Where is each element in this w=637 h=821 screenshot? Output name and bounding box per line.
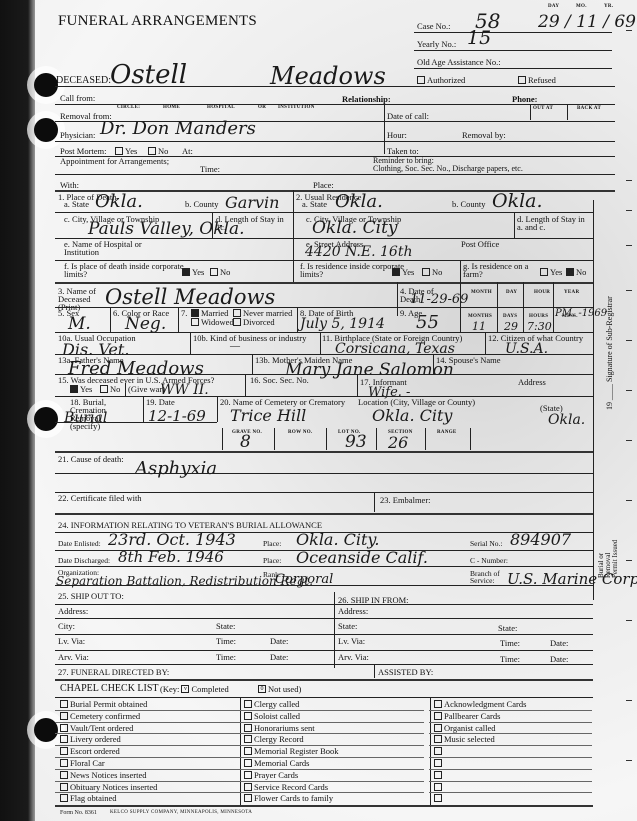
checkbox-icon[interactable]	[434, 747, 442, 755]
checklist-key: (Key: vCompleted	[160, 685, 229, 694]
punch-hole	[34, 407, 58, 431]
checklist-item-label: Honorariums sent	[254, 723, 315, 733]
checklist-item-label: Prayer Cards	[254, 770, 298, 780]
physician-value[interactable]: Dr. Don Manders	[100, 118, 256, 139]
marital-widowed[interactable]: Widowed	[191, 318, 234, 327]
checkbox-icon[interactable]	[60, 712, 68, 720]
serial-value[interactable]: 894907	[510, 530, 571, 549]
age-value[interactable]: 55	[416, 312, 439, 333]
checklist-col3-item[interactable]: Organist called	[434, 723, 496, 733]
checkbox-icon[interactable]	[60, 700, 68, 708]
checklist-col3-item[interactable]	[434, 746, 444, 756]
certificate-label: 22. Certificate filed with	[58, 494, 142, 502]
armed-forces-no[interactable]: No	[100, 385, 120, 394]
checklist-col2-item[interactable]: Soloist called	[244, 711, 300, 721]
checkbox-icon[interactable]	[244, 700, 252, 708]
cause-value[interactable]: Asphyxia	[135, 458, 217, 479]
embalmer-label: 23. Embalmer:	[380, 496, 431, 505]
checkbox-icon[interactable]	[434, 724, 442, 732]
enlisted-value[interactable]: 23rd. Oct. 1943	[108, 530, 236, 549]
back-at-label: BACK AT	[577, 106, 601, 111]
death-col-hour: HOUR	[534, 290, 550, 295]
age-mins[interactable]: PM. -1969	[555, 308, 607, 319]
checklist-item-label: Organist called	[444, 723, 496, 733]
checklist-col2-item[interactable]: Memorial Cards	[244, 758, 309, 768]
hour-label: Hour:	[387, 131, 407, 140]
checkbox-icon[interactable]	[60, 794, 68, 802]
checklist-col1-item[interactable]: News Notices inserted	[60, 770, 146, 780]
serial-label: Serial No.:	[470, 539, 503, 548]
branch-label: Branch of Service:	[470, 570, 510, 584]
with-label: With:	[60, 181, 79, 190]
enlisted-place-value[interactable]: Okla. City.	[296, 530, 379, 549]
veteran-heading: 24. INFORMATION RELATING TO VETERAN'S BU…	[58, 521, 322, 530]
call-from-label: Call from:	[60, 94, 95, 103]
ship-out-arv-time: Time:	[216, 653, 236, 662]
checklist-col1-item[interactable]: Flag obtained	[60, 793, 117, 803]
checkbox-icon[interactable]	[60, 747, 68, 755]
checklist-col3-item[interactable]	[434, 770, 444, 780]
enlisted-label: Date Enlisted:	[58, 539, 101, 548]
deceased-label: DECEASED:	[56, 76, 111, 85]
checklist-item-label: Memorial Cards	[254, 758, 309, 768]
checklist-col3-item[interactable]: Music selected	[434, 734, 495, 744]
length-stay-label: d. Length of Stay in 1c.	[216, 215, 286, 231]
form-title: FUNERAL ARRANGEMENTS	[58, 13, 257, 30]
checkbox-icon[interactable]	[434, 794, 442, 802]
ship-in-state-label: State:	[498, 624, 517, 633]
res-state-label: a. State	[302, 200, 327, 209]
death-limits-label: f. Is place of death inside corporate li…	[64, 262, 184, 278]
death-col-day: DAY	[506, 290, 517, 295]
checklist-col2-item[interactable]: Honorariums sent	[244, 723, 315, 733]
removal-by-label: Removal by:	[462, 131, 506, 140]
checklist-col3-item[interactable]	[434, 782, 444, 792]
checklist-col3-item[interactable]	[434, 793, 444, 803]
form-number: Form No. 8361	[60, 810, 97, 816]
checkbox-icon[interactable]	[244, 794, 252, 802]
death-limits-no[interactable]: No	[210, 268, 230, 277]
institution-option[interactable]: INSTITUTION	[278, 105, 315, 110]
farm-no[interactable]: No	[566, 268, 586, 277]
permit-issued-label: Burial or Removal Permit Issued	[598, 538, 619, 578]
yearly-no-value[interactable]: 15	[467, 27, 491, 49]
reminder-label: Reminder to bring:Clothing, Soc. Sec. No…	[373, 157, 523, 173]
checklist-item-label: Clergy called	[254, 699, 299, 709]
row-no-label: ROW NO.	[288, 430, 313, 435]
post-mortem-label: Post Mortem:	[60, 147, 107, 156]
ship-out-heading: 25. SHIP OUT TO:	[58, 592, 124, 601]
circle-label: CIRCLE:	[117, 105, 140, 110]
checkbox-icon[interactable]	[244, 771, 252, 779]
res-limits-yes[interactable]: Yes	[392, 268, 414, 277]
directed-by-label: 27. FUNERAL DIRECTED BY:	[58, 668, 169, 677]
discharged-label: Date Discharged:	[58, 556, 110, 565]
ship-out-arv-date: Date:	[270, 653, 288, 662]
ship-in-arv-via-label: Arv. Via:	[338, 653, 369, 662]
yearly-no-label: Yearly No.:	[417, 40, 456, 49]
checklist-col3-item[interactable]	[434, 758, 444, 768]
dob-value[interactable]: July 5, 1914	[300, 316, 385, 332]
post-mortem-no[interactable]: No	[148, 147, 168, 156]
res-city-value[interactable]: Okla. City	[312, 218, 398, 238]
checklist-col2-item[interactable]: Memorial Register Book	[244, 746, 339, 756]
business-value[interactable]: —	[230, 341, 240, 352]
checklist-col1-item[interactable]: Escort ordered	[60, 746, 120, 756]
discharged-place-label: Place:	[263, 556, 281, 565]
date-of-call-label: Date of call:	[387, 112, 429, 121]
section-value[interactable]: 26	[388, 433, 408, 452]
punch-hole	[34, 73, 58, 97]
at-label: At:	[182, 147, 193, 156]
checkbox-icon[interactable]	[244, 712, 252, 720]
ship-out-address-label: Address:	[58, 607, 88, 616]
sex-value[interactable]: M.	[68, 314, 91, 334]
checkbox-icon[interactable]	[434, 700, 442, 708]
form-company: KELCO SUPPLY COMPANY, MINNEAPOLIS, MINNE…	[110, 810, 252, 815]
appointment-label: Appointment for Arrangements;	[60, 157, 169, 166]
out-at-label: OUT AT	[533, 106, 553, 111]
checklist-item-label: News Notices inserted	[70, 770, 146, 780]
authorized-checkbox[interactable]: Authorized	[417, 76, 465, 85]
checklist-item-label: Soloist called	[254, 711, 300, 721]
res-state-value[interactable]: Okla.	[335, 191, 383, 212]
ship-in-lv-date: Date:	[550, 639, 568, 648]
death-state-label: a. State	[64, 200, 89, 209]
ship-in-lv-time: Time:	[500, 639, 520, 648]
c-number-label: C - Number:	[470, 556, 508, 565]
checkbox-icon[interactable]	[434, 759, 442, 767]
funeral-arrangements-form: FUNERAL ARRANGEMENTS Case No.: 58 DAY MO…	[0, 0, 637, 821]
ship-out-state-label: State:	[216, 622, 235, 631]
farm-yes[interactable]: Yes	[540, 268, 562, 277]
ship-in-city-label: State:	[338, 622, 357, 631]
checkbox-icon[interactable]	[60, 771, 68, 779]
discharged-value[interactable]: 8th Feb. 1946	[118, 548, 224, 566]
ss-label: 16. Soc. Sec. No.	[250, 376, 309, 385]
checklist-item-label: Acknowledgment Cards	[444, 699, 526, 709]
checklist-col2-item[interactable]: Clergy Record	[244, 734, 304, 744]
informant-address-label: Address	[518, 378, 546, 387]
death-county-label: b. County	[185, 200, 219, 209]
disposal-value[interactable]: Burial	[64, 410, 107, 426]
checklist-col3-item[interactable]: Acknowledgment Cards	[434, 699, 526, 709]
checkbox-icon[interactable]	[244, 783, 252, 791]
street-value[interactable]: 4420 N.E. 16th	[305, 244, 412, 260]
death-county-value[interactable]: Garvin	[225, 193, 279, 212]
phone-label: Phone:	[512, 94, 538, 104]
post-mortem-yes[interactable]: Yes	[115, 147, 137, 156]
checklist-col2-item[interactable]: Prayer Cards	[244, 770, 298, 780]
home-option[interactable]: HOME	[163, 105, 180, 110]
checkbox-icon[interactable]	[434, 712, 442, 720]
checklist-col3-item[interactable]: Pallbearer Cards	[434, 711, 500, 721]
checkbox-icon[interactable]	[434, 783, 442, 791]
refused-checkbox[interactable]: Refused	[518, 76, 556, 85]
lot-no-value[interactable]: 93	[345, 432, 367, 452]
death-col-month: MONTH	[471, 290, 492, 295]
ship-in-arv-date: Date:	[550, 655, 568, 664]
hospital-label: e. Name of Hospital or Institution	[64, 240, 164, 256]
checkbox-icon[interactable]	[60, 759, 68, 767]
checklist-col1-item[interactable]: Cemetery confirmed	[60, 711, 140, 721]
ship-out-city-label: City:	[58, 622, 75, 631]
res-limits-no[interactable]: No	[422, 268, 442, 277]
checklist-col1-item[interactable]: Obituary Notices inserted	[60, 782, 157, 792]
checklist-item-label: Flower Cards to family	[254, 793, 333, 803]
marital-divorced[interactable]: Divorced	[233, 318, 275, 327]
armed-forces-yes[interactable]: Yes	[70, 385, 92, 394]
age-col-months: MONTHS	[468, 314, 492, 319]
ship-out-arv-via-label: Arv. Via:	[58, 653, 89, 662]
time-label: Time:	[200, 165, 220, 174]
date-label-year: YR.	[604, 4, 613, 9]
farm-label: g. Is residence on a farm?	[463, 262, 533, 278]
or-label: OR	[258, 105, 266, 110]
taken-to-label: Taken to:	[387, 147, 419, 156]
checkbox-icon[interactable]	[244, 735, 252, 743]
date-label-month: MO.	[576, 4, 587, 9]
marital-label: 7.	[181, 309, 187, 318]
date-label-day: DAY	[548, 4, 559, 9]
business-label: 10b. Kind of business or industry	[193, 334, 306, 343]
age-col-hours: HOURS	[529, 314, 548, 319]
physician-label: Physician:	[60, 131, 95, 140]
ship-in-arv-time: Time:	[500, 655, 520, 664]
ship-in-address-label: Address:	[338, 607, 368, 616]
spouse-label: 14. Spouse's Name	[436, 356, 501, 365]
checkbox-icon[interactable]	[434, 771, 442, 779]
cemetery-value[interactable]: Trice Hill	[230, 406, 306, 425]
checklist-item-label: Flag obtained	[70, 793, 117, 803]
checklist-item-label: Memorial Register Book	[254, 746, 339, 756]
checklist-item-label: Pallbearer Cards	[444, 711, 500, 721]
checklist-item-label: Music selected	[444, 734, 495, 744]
post-office-label: Post Office	[461, 240, 499, 249]
burial-date-label: 19. Date	[146, 398, 175, 407]
checklist-title: CHAPEL CHECK LIST	[60, 683, 159, 694]
case-no-label: Case No.:	[417, 22, 451, 31]
grave-no-value[interactable]: 8	[240, 432, 251, 452]
res-county-value[interactable]: Okla.	[492, 190, 543, 212]
enlisted-place-label: Place:	[263, 539, 281, 548]
checklist-col2-item[interactable]: Flower Cards to family	[244, 793, 333, 803]
ship-out-lv-via-label: Lv. Via:	[58, 637, 85, 646]
place-label: Place:	[313, 181, 334, 190]
checklist-col1-item[interactable]: Vault/Tent ordered	[60, 723, 133, 733]
checkbox-icon[interactable]	[244, 747, 252, 755]
hospital-option[interactable]: HOSPITAL	[207, 105, 235, 110]
ship-out-lv-time: Time:	[216, 637, 236, 646]
checklist-col1-item[interactable]: Burial Permit obtained	[60, 699, 147, 709]
checklist-col1-item[interactable]: Floral Car	[60, 758, 105, 768]
checklist-item-label: Livery ordered	[70, 734, 121, 744]
cemetery-state-value[interactable]: Okla.	[548, 412, 585, 428]
ship-out-lv-date: Date:	[270, 637, 288, 646]
checklist-col2-item[interactable]: Clergy called	[244, 699, 299, 709]
location-value[interactable]: Okla. City	[372, 406, 452, 425]
checklist-item-label: Service Record Cards	[254, 782, 328, 792]
death-limits-yes[interactable]: Yes	[182, 268, 204, 277]
relationship-label: Relationship:	[342, 94, 391, 104]
discharged-place-value[interactable]: Oceanside Calif.	[296, 548, 428, 567]
checkbox-icon[interactable]	[244, 724, 252, 732]
name-value[interactable]: Ostell Meadows	[105, 285, 275, 309]
res-length-stay-label: d. Length of Stay in a. and c.	[517, 215, 592, 231]
old-age-label: Old Age Assistance No.:	[417, 58, 501, 67]
death-col-year: YEAR	[564, 290, 579, 295]
assisted-by-label: ASSISTED BY:	[378, 668, 433, 677]
color-value[interactable]: Neg.	[125, 314, 166, 334]
checklist-item-label: Cemetery confirmed	[70, 711, 140, 721]
checkbox-icon[interactable]	[60, 735, 68, 743]
checklist-item-label: Vault/Tent ordered	[70, 723, 133, 733]
checkbox-icon[interactable]	[60, 783, 68, 791]
checklist-item-label: Burial Permit obtained	[70, 699, 147, 709]
age-col-days: DAYS	[503, 314, 517, 319]
checklist-item-label: Clergy Record	[254, 734, 304, 744]
checklist-item-label: Obituary Notices inserted	[70, 782, 157, 792]
checkbox-icon[interactable]	[60, 724, 68, 732]
checkbox-icon[interactable]	[244, 759, 252, 767]
checklist-item-label: Floral Car	[70, 758, 105, 768]
checklist-item-label: Escort ordered	[70, 746, 120, 756]
binding-strip	[0, 0, 35, 821]
checkbox-icon[interactable]	[434, 735, 442, 743]
case-date-value[interactable]: 29 / 11 / 69	[538, 12, 636, 32]
res-county-label: b. County	[452, 200, 486, 209]
sub-registrar-signature-label: 19 ____ Signature of Sub-Registrar	[605, 296, 614, 410]
checklist-col2-item[interactable]: Service Record Cards	[244, 782, 328, 792]
checklist-col1-item[interactable]: Livery ordered	[60, 734, 121, 744]
death-state-value[interactable]: Okla.	[95, 191, 143, 212]
checklist-key-not-used: 0Not used)	[258, 685, 301, 694]
cause-label: 21. Cause of death:	[58, 455, 124, 464]
ship-in-lv-via-label: Lv. Via:	[338, 637, 365, 646]
range-label: RANGE	[437, 430, 457, 435]
